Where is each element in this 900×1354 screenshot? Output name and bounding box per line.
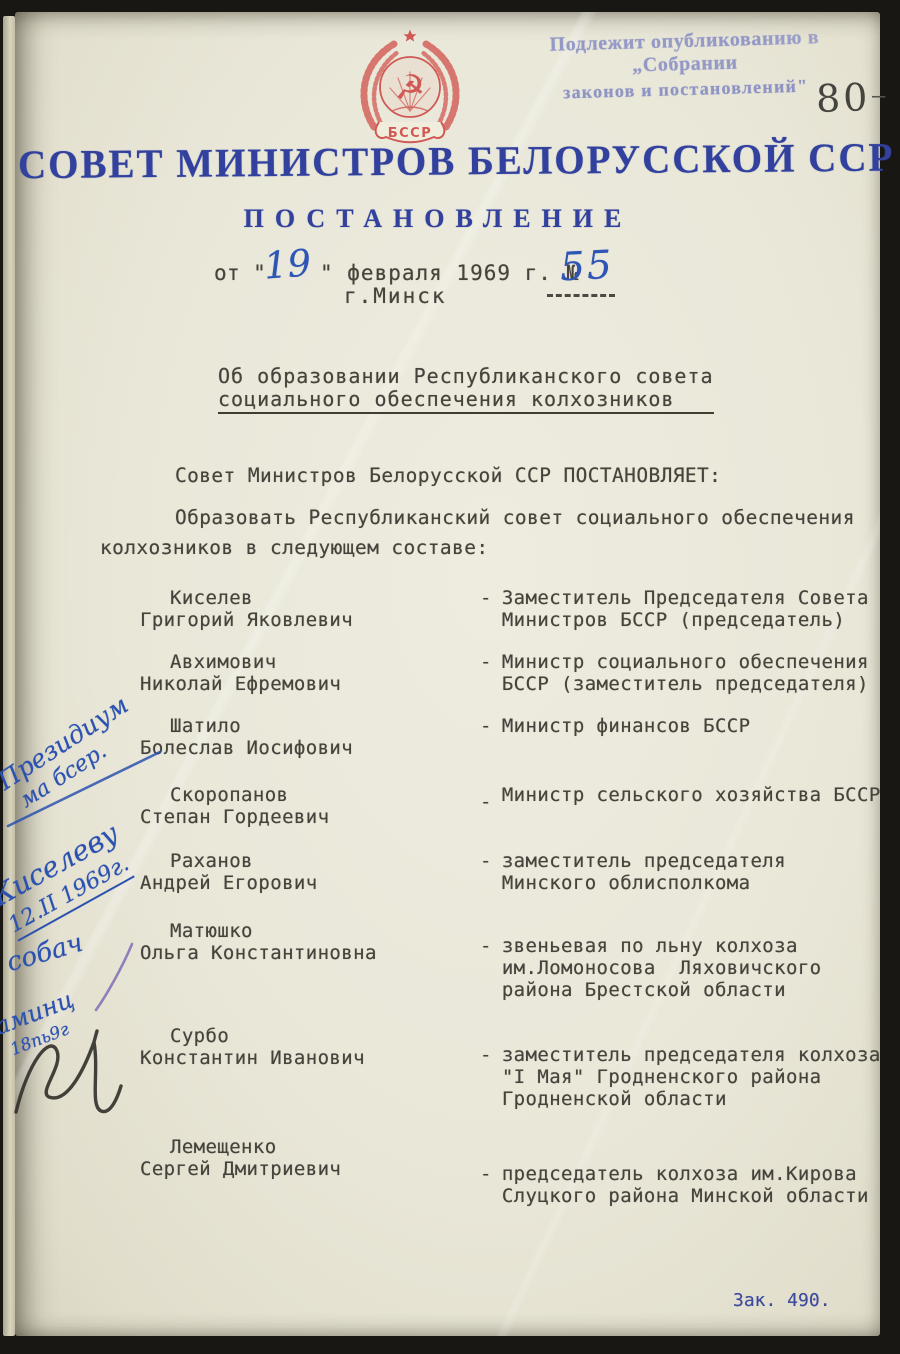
role-dash: - — [480, 791, 492, 813]
member-name: ЛемещенкоСергей Дмитриевич — [100, 1136, 480, 1180]
hammer-sickle-icon: ☭ — [395, 68, 425, 108]
number-underline — [547, 294, 615, 297]
member-row: МатюшкоОльга Константиновна-звеньевая по… — [100, 920, 882, 1001]
member-surname: Лемещенко — [140, 1136, 480, 1158]
member-name: КиселевГригорий Яковлевич — [100, 587, 480, 631]
member-given-name: Ольга Константиновна — [140, 942, 377, 964]
member-name: ШатилоБолеслав Иосифович — [100, 715, 480, 759]
member-surname: Матюшко — [140, 920, 480, 942]
dateline-city: г.Минск — [344, 284, 447, 308]
member-name: АвхимовичНиколай Ефремович — [100, 651, 480, 695]
previous-page-edge — [3, 16, 15, 1336]
subject-line-1: Об образовании Республиканского совета — [218, 364, 714, 388]
subject-heading: Об образовании Республиканского совета с… — [218, 365, 714, 414]
scanned-document: Подлежит опубликованию в „Собрании закон… — [0, 0, 900, 1354]
member-surname: Сурбо — [140, 1025, 480, 1047]
star-icon — [404, 30, 417, 42]
member-given-name: Андрей Егорович — [140, 872, 318, 894]
organization-title: СОВЕТ МИНИСТРОВ БЕЛОРУССКОЙ ССР — [18, 134, 868, 188]
member-row: СурбоКонстантин Иванович-заместитель пре… — [100, 1025, 882, 1110]
member-name: МатюшкоОльга Константиновна — [100, 920, 480, 964]
member-row: СкоропановСтепан Гордеевич-Министр сельс… — [100, 784, 882, 828]
page-number-dash: — — [872, 84, 885, 109]
member-row: АвхимовичНиколай Ефремович-Министр социа… — [100, 651, 882, 695]
member-given-name: Сергей Дмитриевич — [140, 1158, 341, 1180]
member-role: -заместитель председателяМинского облисп… — [480, 850, 786, 894]
subject-line-2: социального обеспечения колхозников — [218, 388, 714, 414]
member-role: -звеньевая по льну колхозаим.Ломоносова … — [480, 935, 822, 1001]
member-given-name: Константин Иванович — [140, 1047, 365, 1069]
dateline-day-handwritten: 19 — [263, 241, 313, 287]
role-dash: - — [480, 715, 492, 737]
member-name: РахановАндрей Егорович — [100, 850, 480, 894]
member-name: СурбоКонстантин Иванович — [100, 1025, 480, 1069]
dateline-number-handwritten: 55 — [559, 243, 615, 291]
member-surname: Скоропанов — [140, 784, 480, 806]
member-role: -председатель колхоза им.КироваСлуцкого … — [480, 1163, 869, 1207]
members-list: КиселевГригорий Яковлевич-Заместитель Пр… — [100, 587, 882, 1227]
member-row: ШатилоБолеслав Иосифович-Министр финансо… — [100, 715, 882, 759]
role-dash: - — [480, 935, 492, 1001]
role-dash: - — [480, 1163, 492, 1207]
member-role: -Министр социального обеспеченияБССР (за… — [480, 651, 869, 695]
member-role: -Министр финансов БССР — [480, 715, 750, 737]
print-order-number: Зак. 490. — [733, 1290, 831, 1311]
member-row: ЛемещенкоСергей Дмитриевич-председатель … — [100, 1136, 882, 1207]
role-dash: - — [480, 1044, 492, 1110]
bssr-coat-of-arms-icon: ☭ БССР — [352, 27, 468, 147]
member-role: -Министр сельского хозяйства БССР — [480, 784, 881, 806]
member-role: -Заместитель Председателя СоветаМинистро… — [480, 587, 869, 631]
member-surname: Раханов — [140, 850, 480, 872]
member-row: КиселевГригорий Яковлевич-Заместитель Пр… — [100, 587, 882, 631]
dateline-middle: " февраля 1969 г. № — [320, 261, 579, 285]
member-given-name: Болеслав Иосифович — [140, 737, 353, 759]
publication-stamp: Подлежит опубликованию в „Собрании закон… — [504, 25, 866, 105]
archive-page-number: 80 — [815, 75, 871, 121]
role-dash: - — [480, 651, 492, 695]
member-surname: Киселев — [140, 587, 480, 609]
member-role: -заместитель председателя колхоза"I Мая"… — [480, 1044, 881, 1110]
member-given-name: Григорий Яковлевич — [140, 609, 353, 631]
paragraph-establish: Образовать Республиканский совет социаль… — [100, 503, 855, 563]
document-type-heading: ПОСТАНОВЛЕНИЕ — [18, 204, 858, 234]
role-dash: - — [480, 850, 492, 894]
member-name: СкоропановСтепан Гордеевич — [100, 784, 480, 828]
member-surname: Авхимович — [140, 651, 480, 673]
dateline-prefix: от " — [214, 261, 266, 285]
paragraph-resolves: Совет Министров Белорусской ССР ПОСТАНОВ… — [100, 464, 721, 487]
member-given-name: Степан Гордеевич — [140, 806, 329, 828]
member-surname: Шатило — [140, 715, 480, 737]
member-row: РахановАндрей Егорович-заместитель предс… — [100, 850, 882, 894]
role-dash: - — [480, 587, 492, 631]
member-given-name: Николай Ефремович — [140, 673, 341, 695]
stamp-line-1: Подлежит опубликованию в „Собрании — [504, 25, 865, 81]
